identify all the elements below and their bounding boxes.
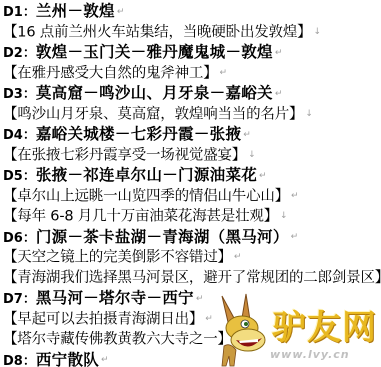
line-break-icon: ↓ <box>305 109 312 119</box>
paragraph-mark-icon: ↵ <box>117 7 125 17</box>
note-text: 【16 点前兰州火车站集结，当晚硬卧出发敦煌】 <box>3 24 311 40</box>
note-text: 【青海湖我们选择黑马河景区，避开了常规团的二郎剑景区】 <box>3 270 381 286</box>
note-line: 【每年 6-8 月几十万亩油菜花海甚是壮观】↓ <box>3 206 381 227</box>
day-label: D6： <box>3 231 36 246</box>
note-line: 【在张掖七彩丹霞享受一场视觉盛宴】↓ <box>3 145 381 166</box>
day-route: 嘉峪关城楼－七彩丹霞－张掖 <box>36 125 241 143</box>
day-label: D3： <box>3 87 36 102</box>
note-text: 【天空之镜上的完美倒影不容错过】 <box>3 249 232 265</box>
note-line: 【鸣沙山月牙泉、莫高窟，敦煌响当当的名片】↓ <box>3 104 381 125</box>
day-route: 张掖－祁连卓尔山－门源油菜花 <box>36 166 257 184</box>
day-route: 门源－茶卡盐湖－青海湖（黑马河） <box>36 228 289 246</box>
paragraph-mark-icon: ↵ <box>275 89 283 99</box>
day-heading-d2: D2：敦煌－玉门关－雅丹魔鬼城－敦煌↵ <box>3 42 381 63</box>
day-label: D8： <box>3 354 36 367</box>
watermark: 驴友网 www.lvy.cn <box>212 292 381 367</box>
day-label: D4： <box>3 128 36 143</box>
paragraph-mark-icon: ↵ <box>291 191 298 201</box>
line-break-icon: ↓ <box>313 27 320 37</box>
day-heading-d3: D3：莫高窟－鸣沙山、月牙泉－嘉峪关↵ <box>3 83 381 104</box>
day-route: 莫高窟－鸣沙山、月牙泉－嘉峪关 <box>36 84 273 102</box>
day-label: D1： <box>3 5 36 20</box>
paragraph-mark-icon: ↵ <box>259 171 267 181</box>
watermark-url: www.lvy.cn <box>270 348 350 361</box>
note-line: 【卓尔山上远眺一山览四季的情侣山牛心山】↵ <box>3 186 381 207</box>
paragraph-mark-icon: ↵ <box>275 48 283 58</box>
paragraph-mark-icon: ↵ <box>234 252 241 262</box>
donkey-mascot-icon <box>212 292 274 367</box>
note-text: 【每年 6-8 月几十万亩油菜花海甚是壮观】 <box>3 208 278 224</box>
note-line: 【青海湖我们选择黑马河景区，避开了常规团的二郎剑景区】 <box>3 268 381 289</box>
day-heading-d5: D5：张掖－祁连卓尔山－门源油菜花↵ <box>3 165 381 186</box>
paragraph-mark-icon: ↵ <box>243 130 251 140</box>
day-route: 西宁散队 <box>36 351 99 367</box>
day-heading-d4: D4：嘉峪关城楼－七彩丹霞－张掖↵ <box>3 124 381 145</box>
line-break-icon: ↓ <box>280 211 287 221</box>
paragraph-mark-icon: ↵ <box>291 232 299 242</box>
day-heading-d6: D6：门源－茶卡盐湖－青海湖（黑马河）↵ <box>3 227 381 248</box>
day-route: 黑马河－塔尔寺－西宁 <box>36 289 194 307</box>
note-line: 【16 点前兰州火车站集结，当晚硬卧出发敦煌】↓ <box>3 22 381 43</box>
note-text: 【卓尔山上远眺一山览四季的情侣山牛心山】 <box>3 188 289 204</box>
day-label: D2： <box>3 46 36 61</box>
note-text: 【鸣沙山月牙泉、莫高窟，敦煌响当当的名片】 <box>3 106 303 122</box>
day-route: 敦煌－玉门关－雅丹魔鬼城－敦煌 <box>36 43 273 61</box>
paragraph-mark-icon: ↵ <box>220 68 227 78</box>
line-break-icon: ↓ <box>248 150 255 160</box>
day-label: D5： <box>3 169 36 184</box>
note-line: 【天空之镜上的完美倒影不容错过】↵ <box>3 247 381 268</box>
day-route: 兰州－敦煌 <box>36 2 115 20</box>
note-text: 【早起可以去拍摄青海湖日出】 <box>3 311 203 327</box>
note-text: 【在张掖七彩丹霞享受一场视觉盛宴】 <box>3 147 246 163</box>
paragraph-mark-icon: ↵ <box>101 355 109 365</box>
day-heading-d1: D1：兰州－敦煌↵ <box>3 1 381 22</box>
paragraph-mark-icon: ↵ <box>196 294 204 304</box>
note-text: 【塔尔寺藏传佛教黄教六大寺之一】 <box>3 331 232 347</box>
note-text: 【在雅丹感受大自然的鬼斧神工】 <box>3 65 218 81</box>
note-line: 【在雅丹感受大自然的鬼斧神工】↵ <box>3 63 381 84</box>
day-label: D7： <box>3 292 36 307</box>
watermark-brand: 驴友网 <box>272 300 377 349</box>
